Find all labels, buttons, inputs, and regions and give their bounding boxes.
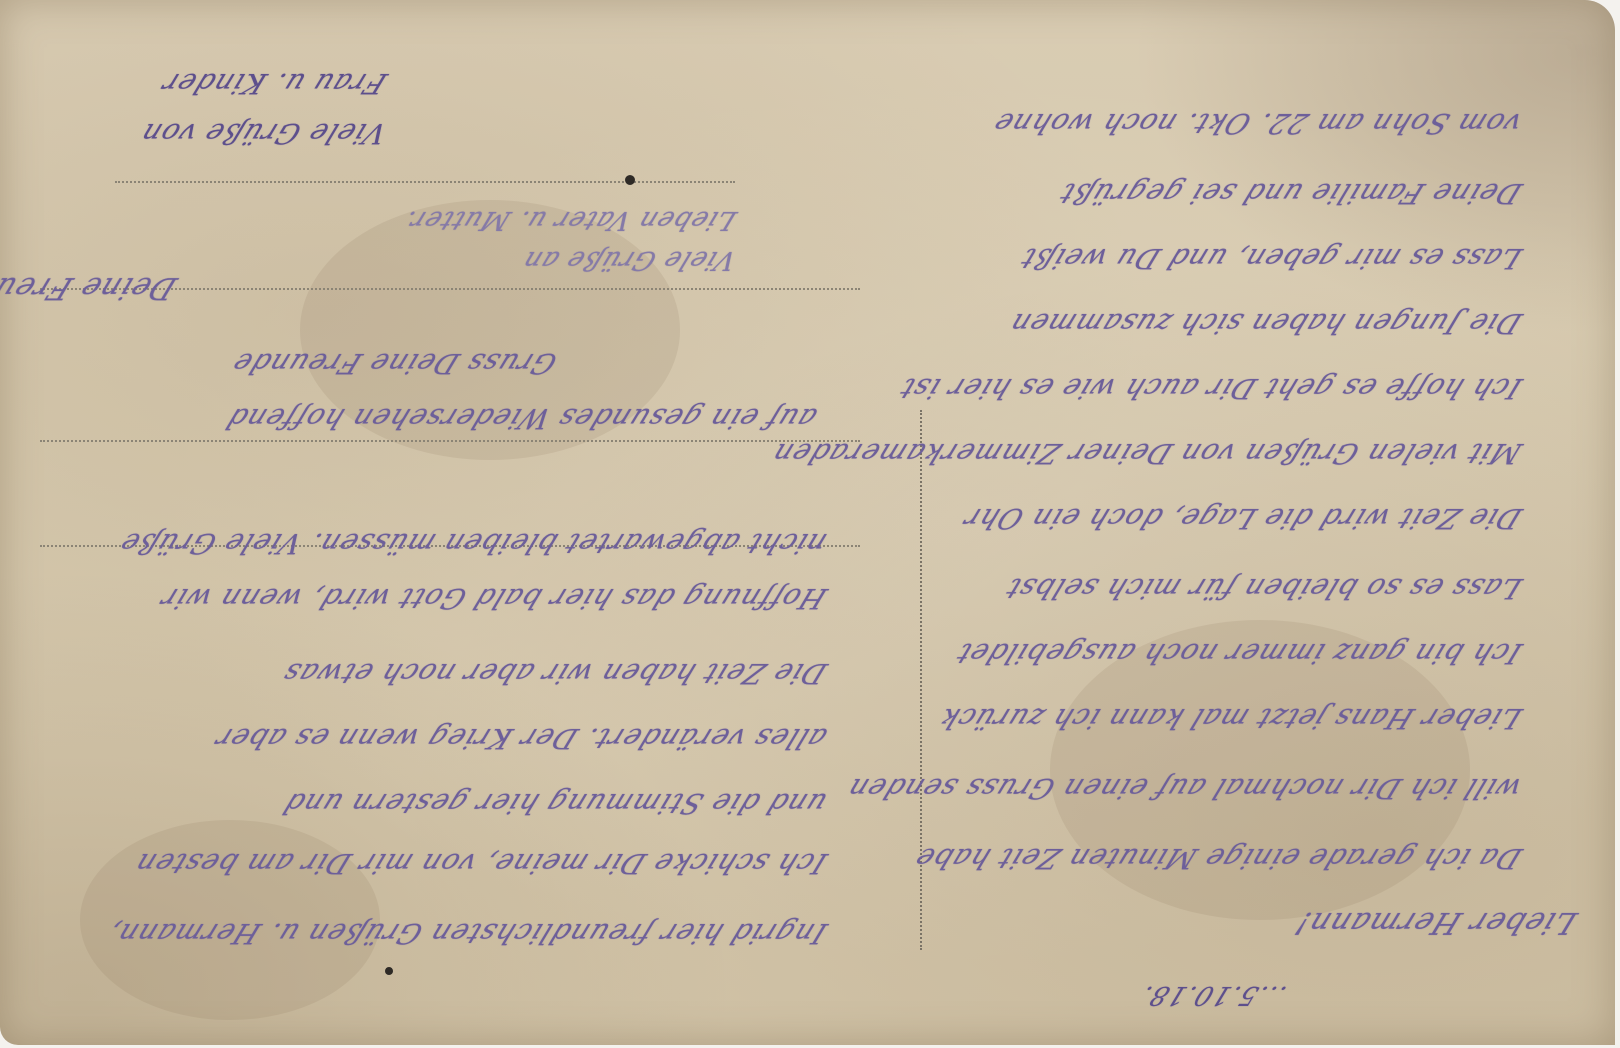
salutation: Lieber Hermann! [1290, 905, 1583, 940]
message-line: Die Jungen haben sich zusammen [1004, 307, 1527, 340]
address-text-line: Ingrid hier freundlichsten Grüßen u. Her… [102, 917, 832, 950]
address-text-line: nicht abgewartet bleiben müssen. Viele G… [114, 527, 832, 560]
address-text-line: Die Zeit haben wir aber noch etwas [277, 657, 832, 690]
ink-spot [385, 967, 393, 975]
message-line: vom Sohn am 22. Okt. noch wohne [988, 107, 1527, 140]
message-line: Da ich gerade einige Minuten Zeit habe [909, 842, 1527, 875]
message-line: Lieber Hans jetzt mal kann ich zurück [933, 702, 1526, 735]
address-text-line: Viele Grüße an [518, 245, 741, 275]
signature: Deine Freundin [0, 270, 182, 305]
message-line: Lass es so bleiben für mich selbst [1000, 572, 1526, 605]
address-text-line: Ich schicke Dir meine, von mir Dir am be… [129, 847, 831, 880]
ink-spot [625, 175, 635, 185]
message-line: Lass es mir geben, und Du weißt [1015, 242, 1526, 275]
address-line-2 [40, 440, 860, 442]
address-text-line: Gruss Deine Freunde [226, 347, 561, 380]
card-content-rotated: ...5.10.18. Lieber Hermann! Da ich gerad… [0, 0, 1615, 1045]
message-line: Ich hoffe es geht Dir auch wie es hier i… [894, 372, 1526, 405]
message-line: Die Zeit wird die Lage, doch ein Ohr [958, 502, 1527, 535]
closing-line: Frau u. Kinder [156, 67, 391, 100]
address-text-line: alles verändert. Der Krieg wenn es aber [210, 722, 832, 755]
message-line: Deine Familie und sei gegrüßt [1054, 177, 1526, 210]
address-text-line: Hoffnung das hier bald Gott wird, wenn w… [155, 582, 832, 615]
closing-line: Viele Grüße von [135, 117, 392, 150]
message-line: Ich bin ganz immer noch ausgebildet [951, 637, 1527, 670]
address-text-line: auf ein gesundes Wiedersehen hoffend [221, 402, 822, 435]
address-text-line: Lieben Vater u. Mutter. [399, 205, 741, 235]
address-line-4 [115, 181, 735, 183]
message-line: Mit vielen Grüßen von Deiner Zimmerkamer… [766, 437, 1526, 470]
postcard: ...5.10.18. Lieber Hermann! Da ich gerad… [0, 0, 1615, 1045]
address-text-line: und die Stimmung hier gestern und [278, 787, 832, 820]
date-line: ...5.10.18. [1136, 980, 1291, 1010]
message-line: will ich Dir nochmal auf einen Gruss sen… [842, 772, 1527, 805]
